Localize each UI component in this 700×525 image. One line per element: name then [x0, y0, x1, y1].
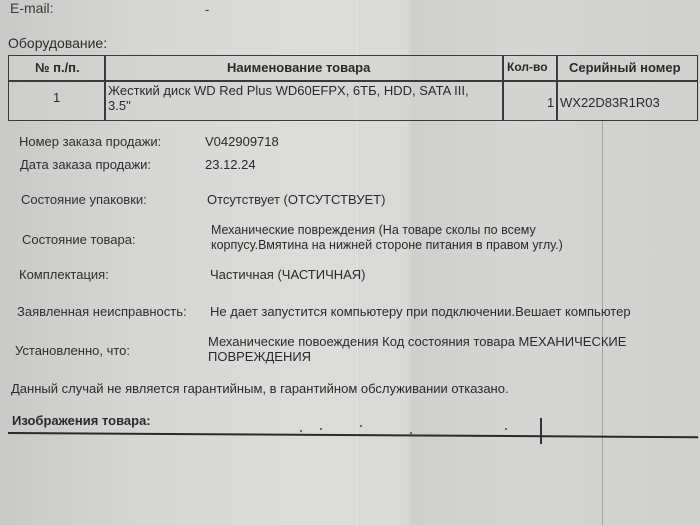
table-column-divider — [556, 56, 558, 120]
column-header-index: № п./п. — [35, 60, 80, 75]
row-serial: WX22D83R1R03 — [560, 95, 660, 110]
print-speck — [505, 428, 507, 430]
email-label: E-mail: — [10, 0, 54, 16]
print-speck — [360, 425, 362, 427]
table-column-divider — [104, 56, 106, 120]
pen-mark — [540, 418, 542, 444]
field-value: Механические повреждения (На товаре скол… — [211, 223, 636, 253]
field-value: V042909718 — [205, 134, 279, 149]
print-speck — [410, 432, 412, 434]
field-label: Состояние товара: — [22, 232, 136, 247]
field-value: 23.12.24 — [205, 157, 256, 172]
field-label: Номер заказа продажи: — [19, 134, 161, 149]
field-label: Заявленная неисправность: — [17, 304, 187, 319]
column-header-serial: Серийный номер — [569, 60, 681, 75]
field-label: Комплектация: — [19, 267, 109, 282]
images-divider-line — [8, 432, 698, 438]
field-value: Частичная (ЧАСТИЧНАЯ) — [210, 267, 366, 282]
warranty-conclusion: Данный случай не является гарантийным, в… — [11, 381, 509, 396]
field-label: Дата заказа продажи: — [20, 157, 151, 172]
column-header-name: Наименование товара — [227, 60, 370, 75]
field-value: Механические повоеждения Код состояния т… — [208, 334, 648, 364]
field-label: Состояние упаковки: — [21, 192, 147, 207]
paper-crease — [602, 120, 603, 525]
field-value: Отсутствует (ОТСУТСТВУЕТ) — [207, 192, 385, 207]
field-label: Установленно, что: — [15, 343, 130, 358]
column-header-quantity: Кол-во — [507, 60, 548, 74]
email-value: - — [205, 2, 209, 17]
print-speck — [300, 430, 302, 432]
print-speck — [320, 428, 322, 430]
equipment-table: № п./п. Наименование товара Кол-во Серий… — [8, 55, 698, 121]
row-product-name: Жесткий диск WD Red Plus WD60EFPX, 6ТБ, … — [108, 83, 493, 113]
row-quantity: 1 — [547, 95, 554, 110]
table-header-divider — [9, 80, 697, 82]
table-column-divider — [502, 56, 504, 120]
row-index: 1 — [53, 90, 60, 105]
product-images-label: Изображения товара: — [12, 413, 151, 428]
equipment-label: Оборудование: — [8, 35, 107, 51]
field-value: Не дает запустится компьютеру при подклю… — [210, 304, 631, 319]
